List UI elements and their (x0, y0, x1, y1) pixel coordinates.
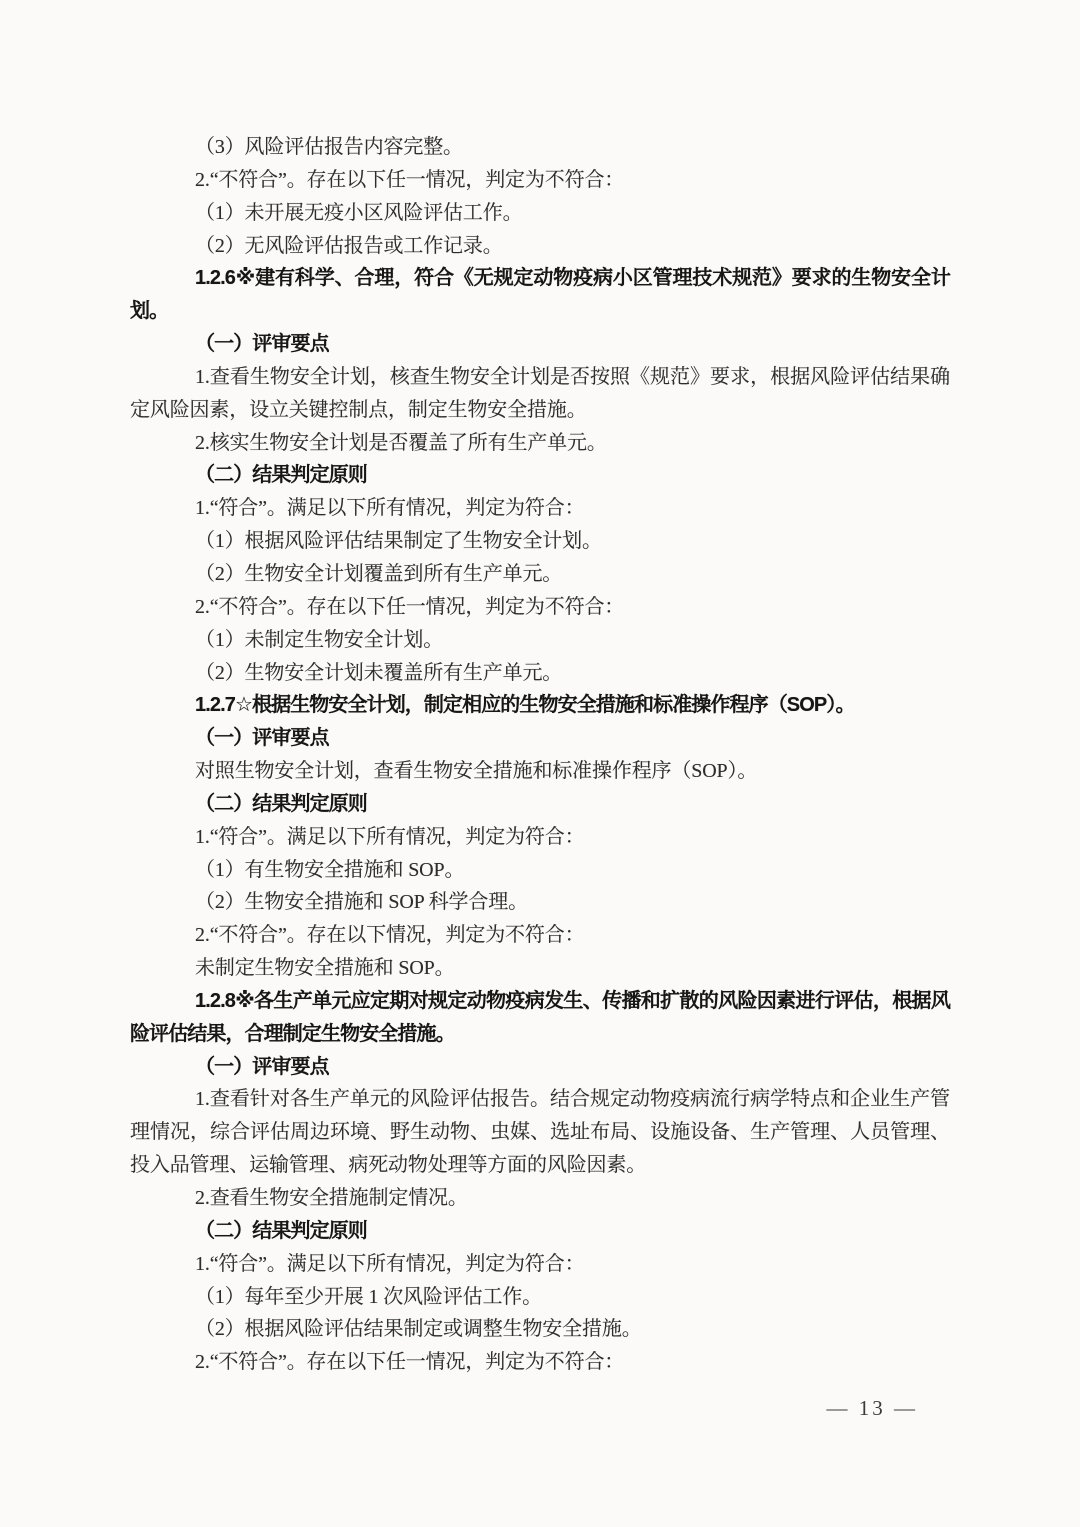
paragraph: （1）未制定生物安全计划。 (130, 624, 950, 657)
paragraph: 1.“符合”。满足以下所有情况，判定为符合： (130, 492, 950, 525)
paragraph: （1）每年至少开展 1 次风险评估工作。 (130, 1281, 950, 1314)
section-heading: （二）结果判定原则 (130, 788, 950, 821)
section-heading: 1.2.8※各生产单元应定期对规定动物疫病发生、传播和扩散的风险因素进行评估，根… (130, 985, 950, 1051)
paragraph: （1）有生物安全措施和 SOP。 (130, 854, 950, 887)
section-heading: 1.2.7☆根据生物安全计划，制定相应的生物安全措施和标准操作程序（SOP）。 (130, 689, 950, 722)
paragraph: 未制定生物安全措施和 SOP。 (130, 952, 950, 985)
paragraph: （2）根据风险评估结果制定或调整生物安全措施。 (130, 1313, 950, 1346)
paragraph: （2）生物安全措施和 SOP 科学合理。 (130, 886, 950, 919)
document-page: （3）风险评估报告内容完整。 2.“不符合”。存在以下任一情况，判定为不符合： … (0, 0, 1080, 1527)
section-heading: （一）评审要点 (130, 328, 950, 361)
section-heading: （二）结果判定原则 (130, 459, 950, 492)
paragraph: 1.查看生物安全计划，核查生物安全计划是否按照《规范》要求，根据风险评估结果确定… (130, 361, 950, 427)
section-heading: （一）评审要点 (130, 1051, 950, 1084)
paragraph: 2.核实生物安全计划是否覆盖了所有生产单元。 (130, 427, 950, 460)
paragraph: 2.查看生物安全措施制定情况。 (130, 1182, 950, 1215)
paragraph: （2）无风险评估报告或工作记录。 (130, 230, 950, 263)
paragraph: （2）生物安全计划覆盖到所有生产单元。 (130, 558, 950, 591)
paragraph: 2.“不符合”。存在以下任一情况，判定为不符合： (130, 591, 950, 624)
section-heading: 1.2.6※建有科学、合理，符合《无规定动物疫病小区管理技术规范》要求的生物安全… (130, 262, 950, 328)
paragraph: （1）未开展无疫小区风险评估工作。 (130, 197, 950, 230)
paragraph: 1.“符合”。满足以下所有情况，判定为符合： (130, 1248, 950, 1281)
paragraph: 2.“不符合”。存在以下任一情况，判定为不符合： (130, 1346, 950, 1379)
page-number: — 13 — (827, 1396, 919, 1421)
paragraph: 1.“符合”。满足以下所有情况，判定为符合： (130, 821, 950, 854)
section-heading: （一）评审要点 (130, 722, 950, 755)
paragraph: 对照生物安全计划，查看生物安全措施和标准操作程序（SOP）。 (130, 755, 950, 788)
document-content: （3）风险评估报告内容完整。 2.“不符合”。存在以下任一情况，判定为不符合： … (130, 131, 950, 1379)
paragraph: 1.查看针对各生产单元的风险评估报告。结合规定动物疫病流行病学特点和企业生产管理… (130, 1083, 950, 1182)
paragraph: （3）风险评估报告内容完整。 (130, 131, 950, 164)
paragraph: 2.“不符合”。存在以下任一情况，判定为不符合： (130, 164, 950, 197)
section-heading: （二）结果判定原则 (130, 1215, 950, 1248)
paragraph: 2.“不符合”。存在以下情况，判定为不符合： (130, 919, 950, 952)
paragraph: （2）生物安全计划未覆盖所有生产单元。 (130, 657, 950, 690)
paragraph: （1）根据风险评估结果制定了生物安全计划。 (130, 525, 950, 558)
